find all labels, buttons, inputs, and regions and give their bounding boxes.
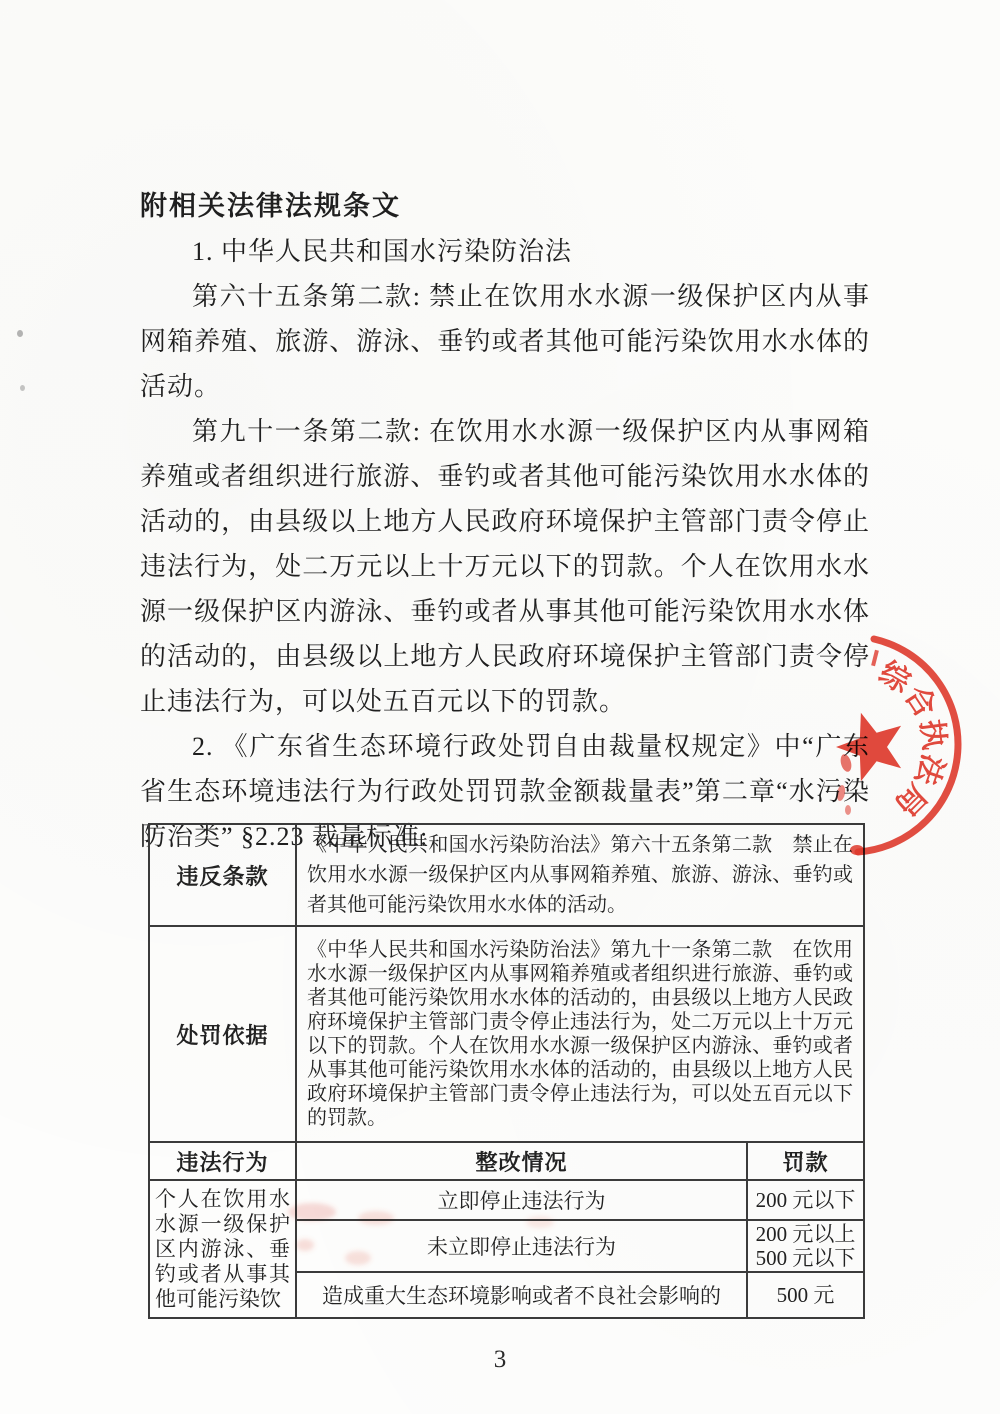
column-header-fine: 罚款: [747, 1142, 864, 1180]
stamp-text: 综合执法局: [873, 655, 951, 822]
stamp-ink-tick: [871, 650, 879, 666]
paragraph-law-name: 1. 中华人民共和国水污染防治法: [140, 229, 870, 274]
fine-cell-2: 200 元以上 500 元以下: [747, 1220, 864, 1272]
page-number: 3: [0, 1346, 1000, 1374]
discretion-standard-table: 违反条款 《中华人民共和国水污染防治法》第六十五条第二款 禁止在饮用水水源一级保…: [148, 823, 865, 1319]
scan-speck: [17, 330, 23, 337]
column-header-rectification: 整改情况: [296, 1142, 747, 1180]
document-body: 附相关法律法规条文 1. 中华人民共和国水污染防治法 第六十五条第二款: 禁止在…: [140, 183, 870, 859]
stamp-ring-arc: [858, 639, 958, 852]
violation-clause-text-cell: 《中华人民共和国水污染防治法》第六十五条第二款 禁止在饮用水水源一级保护区内从事…: [296, 824, 864, 926]
paragraph-article-65: 第六十五条第二款: 禁止在饮用水水源一级保护区内从事网箱养殖、旅游、游泳、垂钓或…: [140, 274, 870, 409]
scanned-document-page: 附相关法律法规条文 1. 中华人民共和国水污染防治法 第六十五条第二款: 禁止在…: [0, 0, 1000, 1414]
document-title: 附相关法律法规条文: [140, 183, 870, 229]
table-header-row: 违法行为 整改情况 罚款: [149, 1142, 864, 1180]
table-row: 个人在饮用水水源一级保护区内游泳、垂钓或者从事其他可能污染饮 立即停止违法行为 …: [149, 1180, 864, 1220]
paragraph-article-91: 第九十一条第二款: 在饮用水水源一级保护区内从事网箱养殖或者组织进行旅游、垂钓或…: [140, 409, 870, 724]
fine-line: 200 元以下: [749, 1188, 862, 1212]
penalty-basis-text-cell: 《中华人民共和国水污染防治法》第九十一条第二款 在饮用水水源一级保护区内从事网箱…: [296, 926, 864, 1142]
table-row: 处罚依据 《中华人民共和国水污染防治法》第九十一条第二款 在饮用水水源一级保护区…: [149, 926, 864, 1142]
violation-clause-label-cell: 违反条款: [149, 824, 296, 926]
fine-cell-1: 200 元以下: [747, 1180, 864, 1220]
scan-speck: [20, 385, 25, 391]
stamp-text-path: 综合执法局: [873, 655, 951, 822]
situation-cell-2: 未立即停止违法行为: [296, 1220, 747, 1272]
column-header-behavior: 违法行为: [149, 1142, 296, 1180]
fine-line: 500 元以下: [749, 1246, 862, 1270]
fine-line: 500 元: [749, 1283, 862, 1307]
table-row: 违反条款 《中华人民共和国水污染防治法》第六十五条第二款 禁止在饮用水水源一级保…: [149, 824, 864, 926]
situation-cell-3: 造成重大生态环境影响或者不良社会影响的: [296, 1272, 747, 1318]
penalty-basis-label-cell: 处罚依据: [149, 926, 296, 1142]
behavior-text-cell: 个人在饮用水水源一级保护区内游泳、垂钓或者从事其他可能污染饮: [149, 1180, 296, 1318]
situation-cell-1: 立即停止违法行为: [296, 1180, 747, 1220]
fine-line: 200 元以上: [749, 1222, 862, 1246]
fine-cell-3: 500 元: [747, 1272, 864, 1318]
